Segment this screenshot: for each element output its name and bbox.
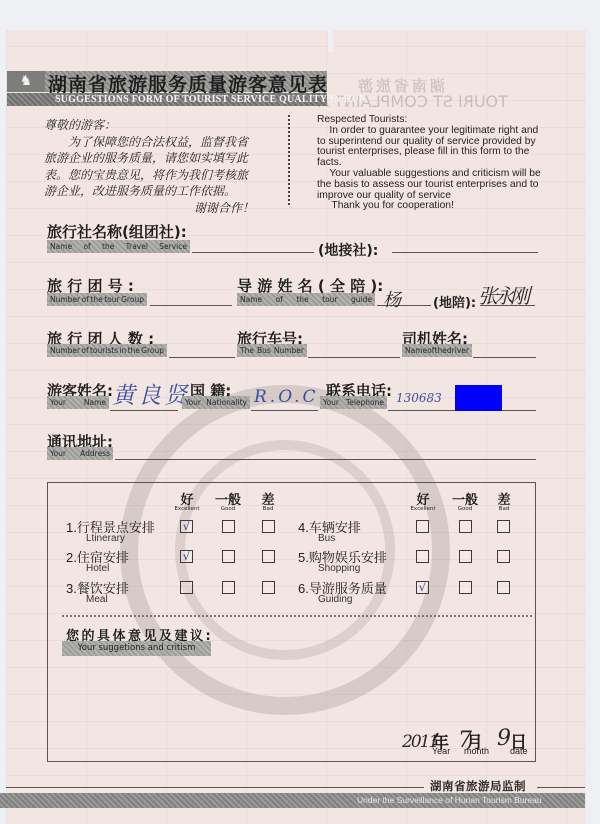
rating-item-label-en: Hotel [86, 563, 109, 574]
intro-zh-thanks: 谢谢合作！ [44, 200, 254, 217]
rating-checkbox-good[interactable] [222, 550, 235, 563]
footer-rule-left [6, 787, 424, 788]
label-word: Number [50, 293, 80, 306]
label-word: Bus [257, 344, 271, 357]
label-word: Name [84, 396, 106, 409]
group-size-label-en: NumberoftouristsintheGroup [47, 344, 167, 357]
tour-group-number-label-en: NumberofthetourGroup [47, 293, 147, 306]
driver-name-field[interactable] [473, 357, 536, 358]
rating-checkbox-good[interactable] [459, 550, 472, 563]
label-word: Service [159, 240, 187, 253]
address-field[interactable] [115, 459, 536, 460]
local-guide-value: 张永刚 [478, 280, 526, 309]
label-word: The [240, 344, 254, 357]
label-word: Address [80, 447, 110, 460]
date-month-en: month [464, 746, 489, 756]
address-label-en: YourAddress [47, 447, 113, 460]
rating-item-label-en: Shopping [318, 563, 360, 574]
intro-chinese: 尊敬的游客： 为了保障您的合法权益，监督我省旅游企业的服务质量，请您如实填写此表… [44, 117, 254, 216]
label-word: the [102, 240, 114, 253]
label-word: the [435, 344, 447, 357]
intro-english: Respected Tourists: In order to guarante… [317, 115, 549, 212]
travel-service-field[interactable] [192, 252, 314, 253]
rating-checkbox-bad[interactable] [497, 520, 510, 533]
rating-checkbox-good[interactable] [222, 520, 235, 533]
your-name-value: 黄良贤 [112, 377, 190, 410]
suggestions-label-en: Your suggetions and critism [62, 641, 211, 656]
date-year-en: Year [432, 746, 450, 756]
nationality-field[interactable] [251, 410, 318, 411]
telephone-value: 130683 [396, 391, 442, 405]
label-word: the [128, 344, 140, 357]
label-word: guide [351, 293, 372, 306]
label-word: tour [322, 293, 337, 306]
intro-divider [288, 115, 290, 205]
label-word: tour [104, 293, 119, 306]
label-word: Your [185, 396, 201, 409]
label-word: Group [141, 344, 164, 357]
telephone-label-en: YourTelephone [320, 396, 387, 409]
group-size-field[interactable] [169, 357, 235, 358]
label-word: Name [240, 293, 262, 306]
intro-zh-body: 为了保障您的合法权益，监督我省旅游企业的服务质量，请您如实填写此表。您的宝贵意见… [44, 134, 254, 200]
label-word: of [83, 240, 90, 253]
suggestions-divider [62, 615, 532, 617]
intro-en-body1: In order to guarantee your legitimate ri… [317, 126, 549, 169]
bus-number-field[interactable] [308, 357, 400, 358]
rating-item-label-en: Bus [318, 533, 335, 544]
intro-zh-greeting: 尊敬的游客： [44, 117, 254, 134]
label-word: Group [121, 293, 144, 306]
rating-checkbox-excellent[interactable] [416, 520, 429, 533]
suggestions-field[interactable] [62, 660, 532, 720]
date-day-en: date [510, 746, 528, 756]
local-guide-label: (地陪): [433, 292, 476, 311]
rating-checkbox-excellent[interactable] [416, 550, 429, 563]
footer-issuer-en: Under the Surveillance of Hunan Tourism … [357, 795, 542, 805]
form-subtitle: SUGGESTIONS FORM OF TOURIST SERVICE QUAL… [55, 94, 366, 105]
tour-group-number-field[interactable] [150, 305, 232, 306]
label-word: Nationality [206, 396, 247, 409]
rating-item-label-en: Guiding [318, 594, 352, 605]
rating-item-label-en: Ltinerary [86, 533, 125, 544]
telephone-redaction [455, 385, 502, 411]
rating-checkbox-bad[interactable] [497, 581, 510, 594]
nationality-value: R.O.C [254, 387, 319, 407]
rating-checkbox-good[interactable] [459, 581, 472, 594]
label-word: of [427, 344, 434, 357]
rating-checkbox-bad[interactable] [497, 550, 510, 563]
rating-column-good: 一般Good [208, 489, 248, 512]
tour-guide-label-en: Nameofthetourguide [237, 293, 375, 306]
label-word: Your [50, 396, 66, 409]
rating-item-label-en: Meal [86, 594, 108, 605]
label-word: of [276, 293, 283, 306]
label-word: Name [50, 240, 72, 253]
bus-number-label-en: TheBusNumber [237, 344, 307, 357]
nationality-label-en: YourNationality [182, 396, 250, 409]
label-word: the [90, 293, 102, 306]
your-name-field[interactable] [110, 410, 178, 411]
local-agency-field[interactable] [392, 252, 538, 253]
label-word: Travel [126, 240, 148, 253]
rating-checkbox-excellent[interactable]: √ [180, 550, 193, 563]
label-word: Name [405, 344, 427, 357]
rating-checkbox-excellent[interactable] [180, 581, 193, 594]
label-word: the [296, 293, 308, 306]
your-name-label-en: YourName [47, 396, 109, 409]
intro-en-body2: Your valuable suggestions and criticism … [317, 169, 549, 201]
rating-column-bad: 差Bad [248, 489, 288, 512]
label-word: Telephone [346, 396, 384, 409]
intro-en-thanks: Thank you for cooperation! [317, 201, 549, 212]
tour-guide-value: 杨 [383, 286, 401, 312]
label-word: of [82, 293, 89, 306]
label-word: Number [50, 344, 80, 357]
rating-column-excellent: 好Excellent [403, 489, 443, 512]
date-day-value: 9 [497, 726, 511, 751]
label-word: driver [447, 344, 469, 357]
label-word: Your [323, 396, 339, 409]
rating-checkbox-good[interactable] [459, 520, 472, 533]
label-word: Your [50, 447, 66, 460]
footer-rule-right [537, 787, 585, 788]
label-word: tourists [90, 344, 118, 357]
rating-checkbox-excellent[interactable]: √ [180, 520, 193, 533]
driver-name-label-en: Nameofthedriver [402, 344, 472, 357]
horse-logo-icon: ♞ [7, 71, 45, 92]
rating-column-bad: 差Bad [484, 489, 524, 512]
rating-checkbox-bad[interactable] [262, 581, 275, 594]
rating-checkbox-good[interactable] [222, 581, 235, 594]
rating-checkbox-bad[interactable] [262, 520, 275, 533]
label-word: Number [274, 344, 304, 357]
local-agency-label: (地接社): [318, 240, 378, 260]
rating-column-good: 一般Good [445, 489, 485, 512]
travel-service-label: 旅行社名称(组团社): [47, 221, 187, 242]
rating-checkbox-excellent[interactable]: √ [416, 581, 429, 594]
rating-checkbox-bad[interactable] [262, 550, 275, 563]
paper-tear [328, 30, 333, 52]
footer-issuer: 湖南省旅游局监制 [430, 778, 526, 794]
travel-service-label-en: NameoftheTravelService [47, 240, 190, 253]
rating-column-excellent: 好Excellent [167, 489, 207, 512]
label-word: of [81, 344, 88, 357]
label-word: in [119, 344, 126, 357]
